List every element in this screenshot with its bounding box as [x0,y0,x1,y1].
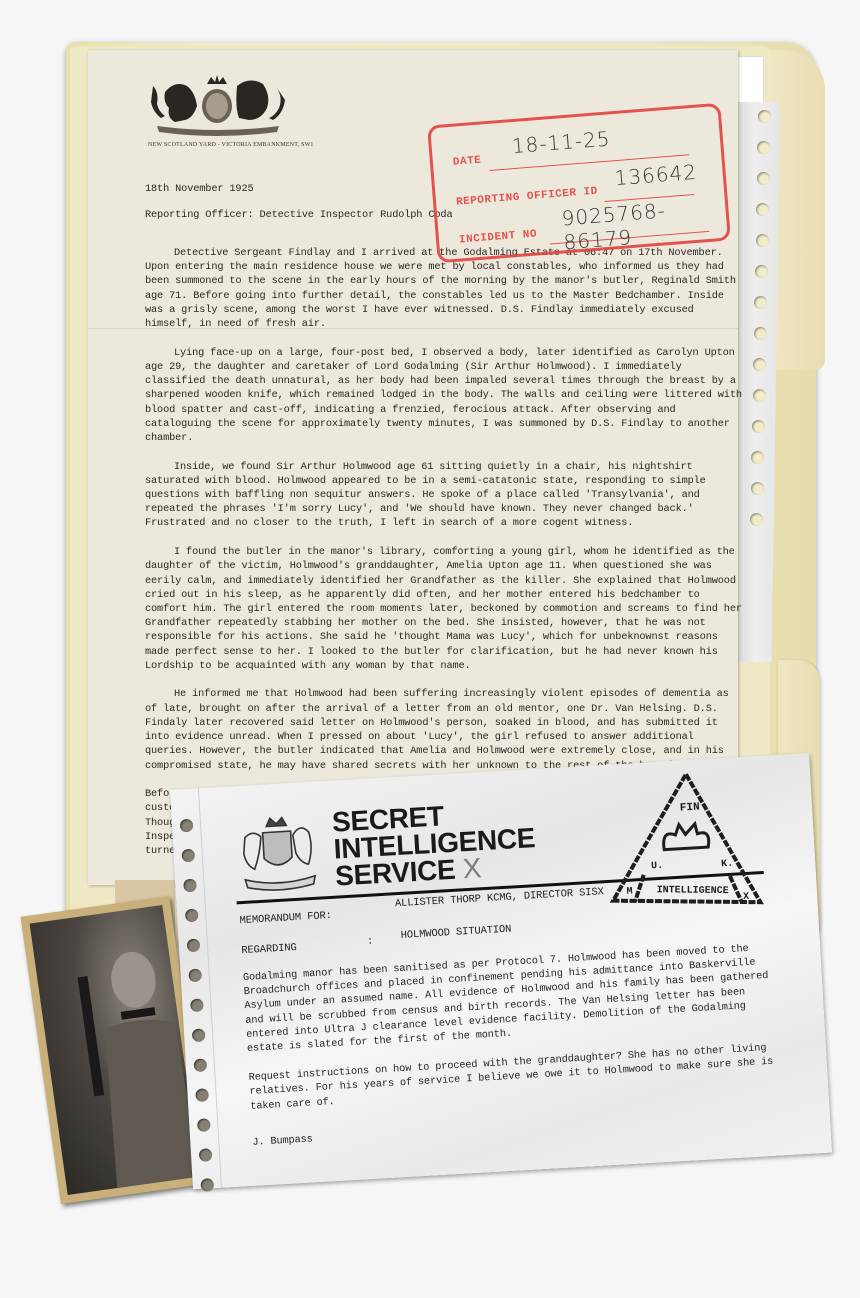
binder-hole [756,234,769,247]
sis-title: SECRET INTELLIGENCE SERVICE X [331,797,537,889]
stamp-date-value: 18-11-25 [511,126,611,158]
regarding-value: HOLMWOOD SITUATION [400,923,511,944]
binder-hole [757,141,770,154]
memo-binder-hole [180,819,194,833]
stamp-corner-letter: X [743,892,750,903]
binder-hole [754,327,767,340]
report-paragraph: Inside, we found Sir Arthur Holmwood age… [145,460,745,531]
binder-hole [750,513,763,526]
stamp-mid-letter: U. [651,861,664,873]
incident-stamp: DATE 18-11-25 REPORTING OFFICER ID 13664… [427,103,731,264]
sis-x-mark: X [462,852,482,884]
letterhead-caption: NEW SCOTLAND YARD - VICTORIA EMBANKMENT,… [148,142,314,148]
stamp-bottom-text: INTELLIGENCE [657,885,729,897]
binder-hole [753,389,766,402]
binder-hole [756,203,769,216]
memo-paragraph: Godalming manor has been sanitised as pe… [243,940,787,1056]
memo-binder-hole [195,1088,209,1102]
stamp-top-text: FIN [680,802,700,815]
binder-hole [757,172,770,185]
report-date: 18th November 1925 [145,182,254,196]
memo-binder-hole [190,998,204,1012]
memo-binder-hole [183,879,197,893]
sis-memo: SECRET INTELLIGENCE SERVICE X FIN U. K. … [170,753,832,1189]
memo-binder-hole [194,1058,208,1072]
memo-binder-hole [187,939,201,953]
binder-hole [758,110,771,123]
sis-title-line: SERVICE [334,854,456,892]
memo-binder-hole [181,849,195,863]
triangle-crown-stamp-icon: FIN U. K. M INTELLIGENCE X [598,764,766,918]
binder-hole [755,265,768,278]
binder-hole [751,482,764,495]
memo-signature: J. Bumpass [252,1105,792,1150]
binder-hole [753,358,766,371]
memo-binder-hole [200,1178,214,1192]
report-paragraph: He informed me that Holmwood had been su… [145,687,745,772]
stamp-right-letter: K. [721,859,734,871]
memo-binder-hole [192,1028,206,1042]
royal-coat-of-arms-icon [145,72,290,140]
report-paragraph: Lying face-up on a large, four-post bed,… [145,346,745,445]
royal-coat-of-arms-icon [234,811,323,896]
memo-binder-hole [197,1118,211,1132]
stamp-incident-label: INCIDENT NO [459,228,538,246]
stamp-officer-value: 136642 [614,160,698,190]
reporting-officer: Reporting Officer: Detective Inspector R… [145,208,453,222]
memo-body: Godalming manor has been sanitised as pe… [243,940,793,1165]
stamp-date-label: DATE [453,155,482,169]
stamp-left-letter: M [626,887,633,898]
regarding-label: REGARDING [241,941,297,958]
binder-hole [751,451,764,464]
memorandum-label: MEMORANDUM FOR: [239,909,332,928]
report-paragraph: I found the butler in the manor's librar… [145,545,745,673]
regarding-separator: : [367,935,374,950]
memo-binder-hole [188,968,202,982]
binder-hole [752,420,765,433]
binder-hole [754,296,767,309]
memo-binder-hole [185,909,199,923]
sepia-photograph-icon [30,905,201,1195]
memo-binder-hole [199,1148,213,1162]
